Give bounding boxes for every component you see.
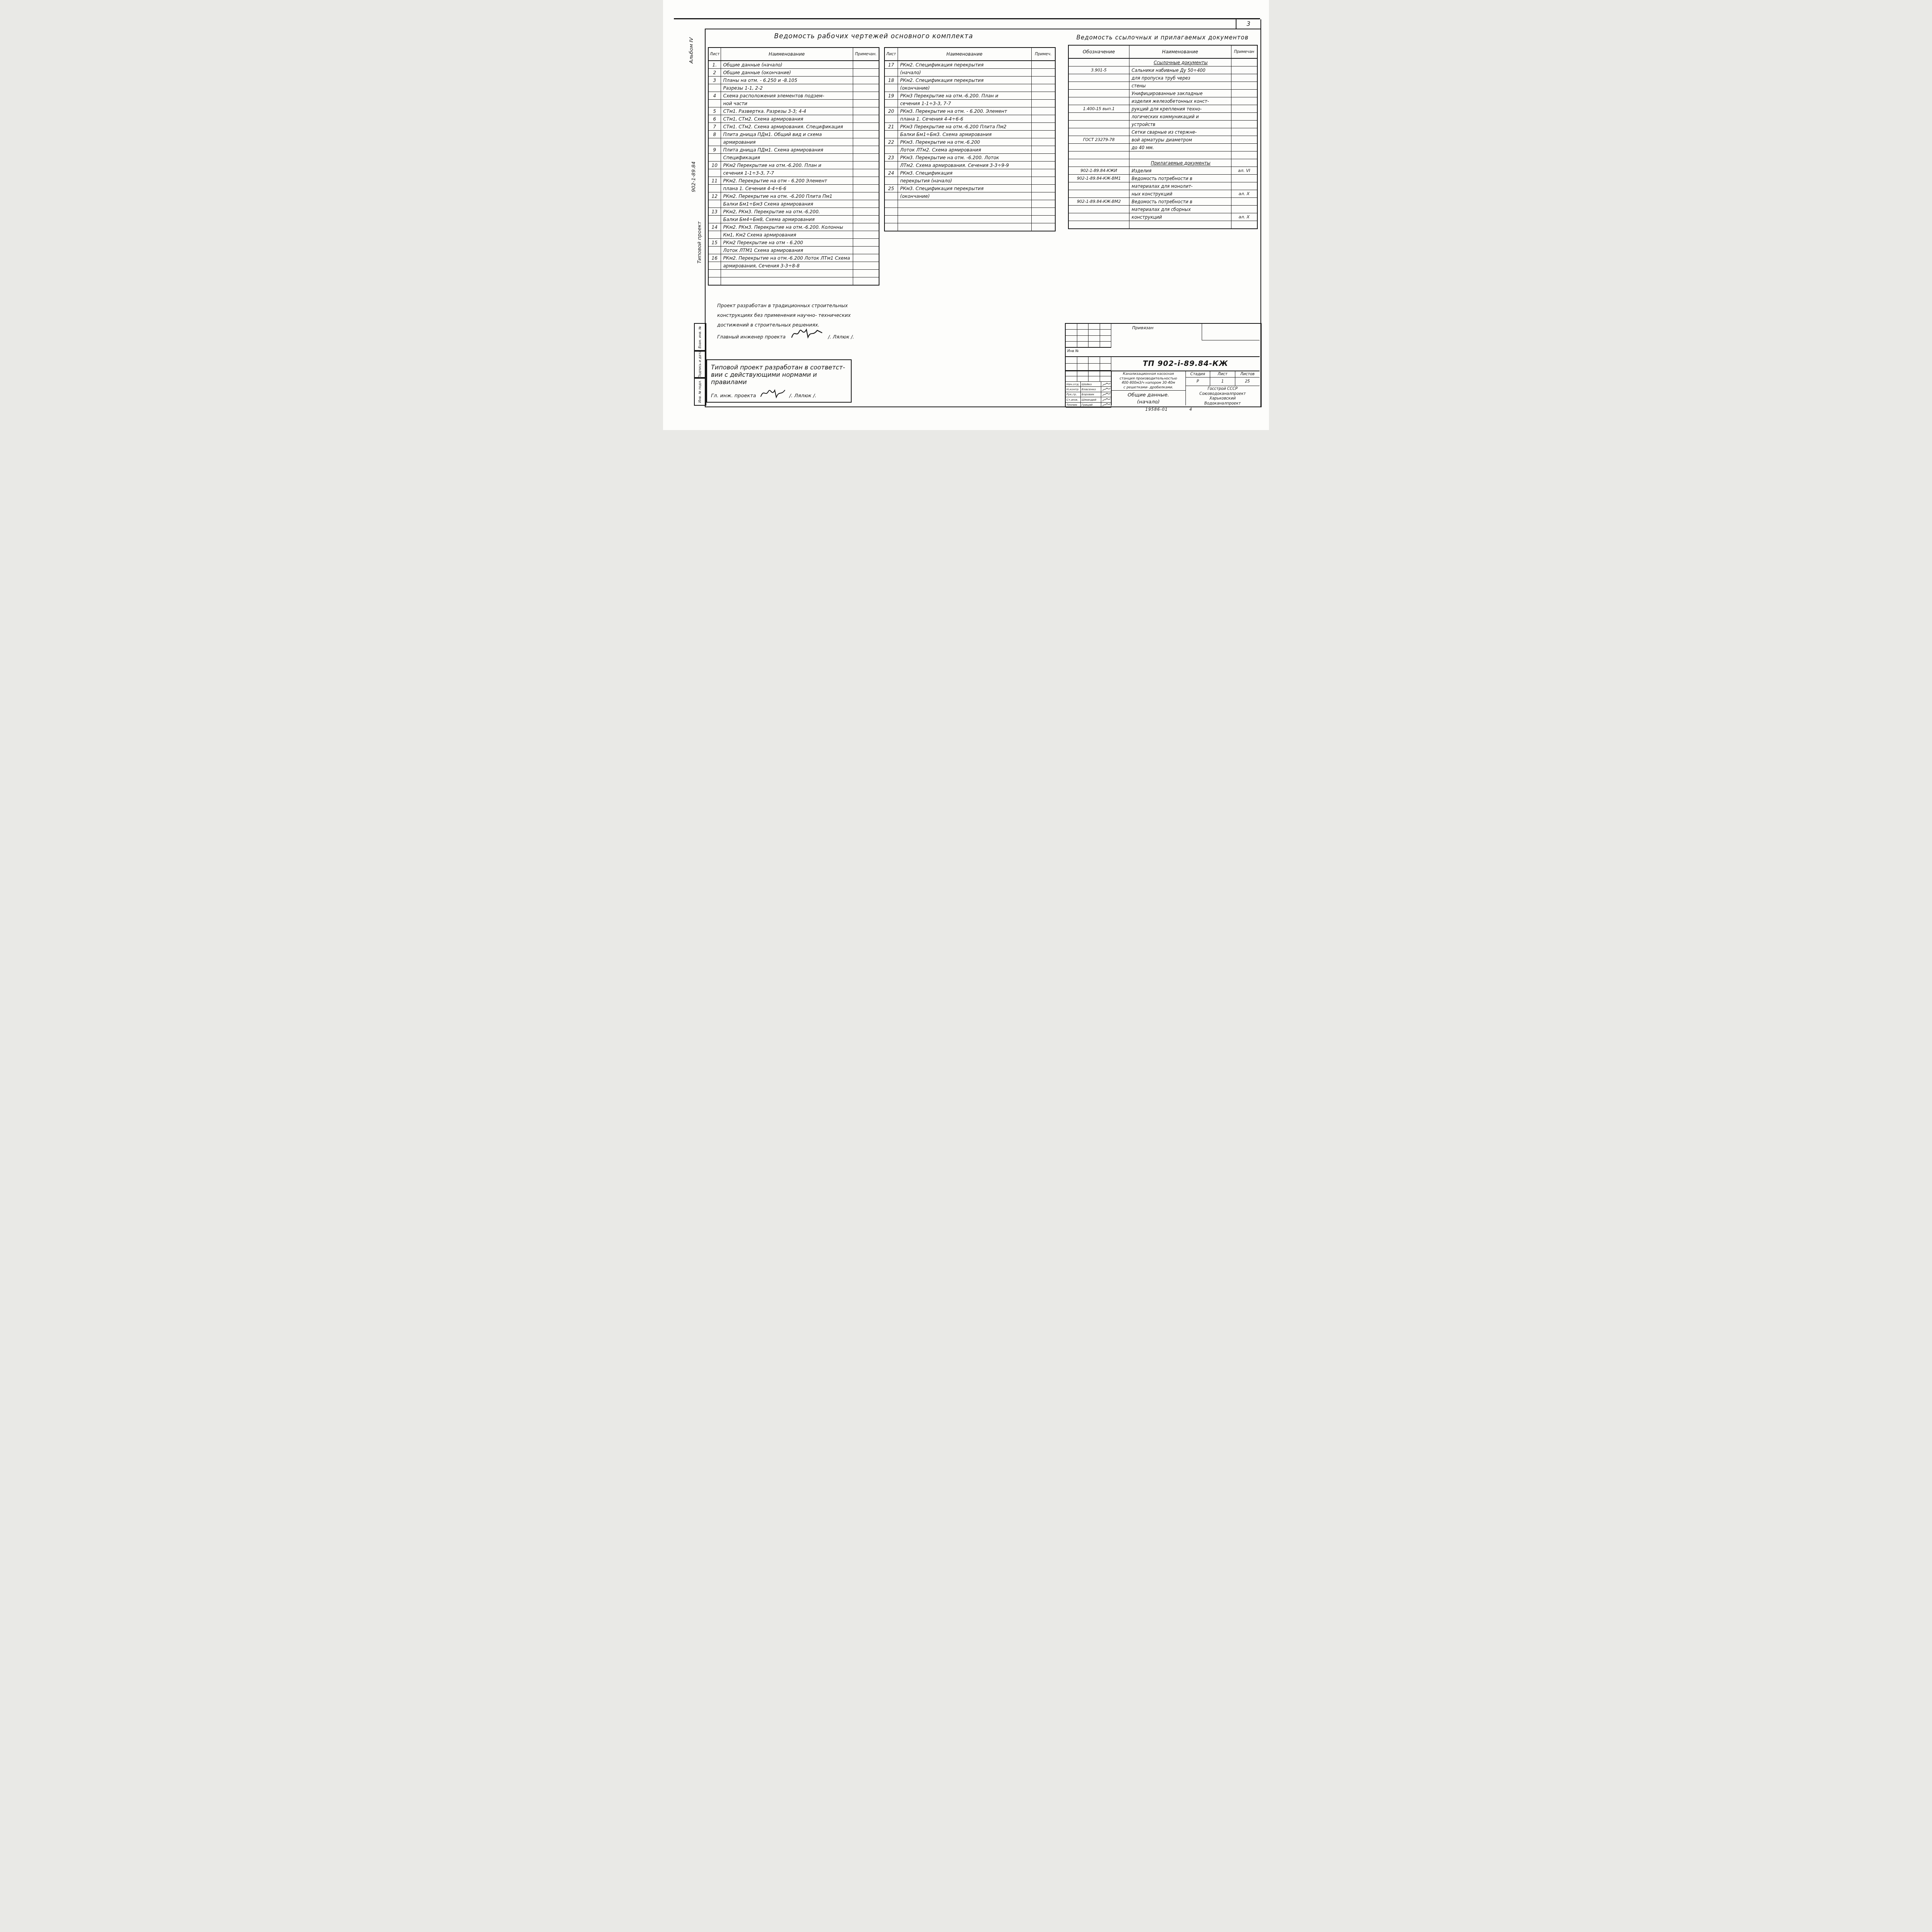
margin-project-type: Типовой проект	[697, 221, 702, 264]
cell-t: Сальники набивные Ду 50÷400	[1129, 66, 1231, 74]
cell-note	[853, 84, 879, 92]
table-row: 19РКм3 Перекрытие на отм.-6.200. План и	[884, 92, 1055, 100]
cell-num: 13	[708, 208, 721, 216]
stamp-extra: 4	[1189, 407, 1192, 412]
stamp-label: Взам. инв. №	[698, 326, 702, 349]
chief-engineer-line-2: Гл. инж. проекта /. Лялюк /.	[711, 387, 847, 399]
table-row: Балки Бм1÷Бм3 Схема армирования	[708, 200, 879, 208]
table-row: до 40 мм.	[1068, 144, 1257, 151]
cell-t: конструкций	[1129, 213, 1231, 221]
table-row: 20РКм3. Перекрытие на отм. - 6.200. Элем…	[884, 107, 1055, 115]
table-row: 11РКм2. Перекрытие на отм - 6.200 Элемен…	[708, 177, 879, 185]
cell-t	[1129, 221, 1231, 229]
table-row: 22РКм3. Перекрытие на отм.-6.200	[884, 138, 1055, 146]
table-row: устройств	[1068, 121, 1257, 128]
table-row: логических коммуникаций и	[1068, 113, 1257, 121]
inv-number-label: Инв №	[1067, 349, 1079, 353]
cell-note	[853, 154, 879, 162]
cell-text: РКм2. Спецификация перекрытия	[898, 61, 1031, 69]
table-row: 10РКм2 Перекрытие на отм.-6.200. План и	[708, 162, 879, 169]
signer-name: Шмандий	[1081, 397, 1101, 402]
signature-icon	[1101, 382, 1111, 386]
cell-n	[1231, 206, 1257, 213]
cell-note	[853, 123, 879, 131]
cell-n	[1231, 159, 1257, 167]
table-row: 15РКм2 Перекрытие на отм - 6.200	[708, 239, 879, 247]
cell-num	[884, 200, 898, 208]
cell-n	[1231, 151, 1257, 159]
top-border-line	[674, 18, 1260, 19]
table-row: 6СТм1, СТм2. Схема армирования	[708, 115, 879, 123]
cell-t: материалах для сборных	[1129, 206, 1231, 213]
cell-num: 14	[708, 223, 721, 231]
cell-note	[853, 131, 879, 138]
table-row: конструкцийал. X	[1068, 213, 1257, 221]
cell-n: ал. X	[1231, 190, 1257, 198]
table-row: 13РКм2, РКм3. Перекрытие на отм.-6.200.	[708, 208, 879, 216]
cell-text: сечения 1-1÷3-3, 7-7	[898, 100, 1031, 107]
cell-t: для пропуска труб через	[1129, 74, 1231, 82]
cell-note	[853, 216, 879, 223]
cell-num: 2	[708, 69, 721, 77]
cell-note	[1031, 162, 1055, 169]
cell-note	[853, 200, 879, 208]
table-row: Балки Бм1÷Бм3. Схема армирования	[884, 131, 1055, 138]
project-note-paragraph: Проект разработан в традиционных строите…	[717, 301, 883, 330]
table-row: 16РКм2. Перекрытие на отм.-6.200 Лоток Л…	[708, 254, 879, 262]
cell-n	[1231, 90, 1257, 97]
stamp-box-podpis-data: Подпись и дата	[694, 350, 706, 379]
note-line: Проект разработан в традиционных строите…	[717, 301, 883, 310]
cell-d: 1.400-15 вып.1	[1068, 105, 1129, 113]
cell-note	[1031, 69, 1055, 77]
cell-num	[708, 216, 721, 223]
cell-text	[898, 208, 1031, 216]
cell-text: (окончание)	[898, 84, 1031, 92]
cell-d	[1068, 97, 1129, 105]
table-row: сечения 1-1÷3-3, 7-7	[708, 169, 879, 177]
cell-d	[1068, 58, 1129, 66]
cell-n	[1231, 182, 1257, 190]
cell-d	[1068, 144, 1129, 151]
cell-note	[1031, 107, 1055, 115]
description-line: 400-800м3/ч напором 30-40м	[1113, 381, 1184, 386]
cell-num	[884, 100, 898, 107]
cell-text: Общие данные (начало)	[721, 61, 853, 69]
cell-text: РКм2, РКм3. Перекрытие на отм.-6.200.	[721, 208, 853, 216]
cell-text: РКм3 Перекрытие на отм.-6.200 Плита Пм2	[898, 123, 1031, 131]
table-row: Сетки сварные из стержне-	[1068, 128, 1257, 136]
cell-note	[1031, 123, 1055, 131]
cell-note	[1031, 77, 1055, 84]
signature-icon	[1101, 403, 1111, 407]
table-row	[708, 270, 879, 277]
cell-num	[708, 100, 721, 107]
cell-text: РКм3 Перекрытие на отм.-6.200. План и	[898, 92, 1031, 100]
signer-row: Н.контрВласенко	[1066, 387, 1111, 392]
cell-text: Разрезы 1-1, 2-2	[721, 84, 853, 92]
cell-t: вой арматуры диаметром	[1129, 136, 1231, 144]
working-drawings-table-2: Лист Наименование Примеч. 17РКм2. Специф…	[884, 47, 1056, 231]
cell-text: Лоток ЛТМ1 Схема армирования	[721, 247, 853, 254]
working-drawings-table-1: Лист Наименование Примечан. 1.Общие данн…	[708, 47, 879, 286]
cell-num: 18	[884, 77, 898, 84]
cell-note	[853, 262, 879, 270]
cell-d	[1068, 151, 1129, 159]
organization-line: Союзводоканалпроект	[1185, 392, 1260, 397]
organization-line: Госстрой СССР	[1185, 387, 1260, 392]
sheet-title-line: Общие данные.	[1113, 392, 1184, 399]
cell-text: РКм2. Перекрытие на отм.-6.200 Лоток ЛТм…	[721, 254, 853, 262]
cell-note	[1031, 115, 1055, 123]
cell-num	[708, 84, 721, 92]
cell-note	[853, 223, 879, 231]
signer-role: Н.контр	[1066, 387, 1081, 391]
cell-note	[853, 192, 879, 200]
signature-icon	[759, 387, 786, 399]
project-description: Канализационная насоснаястанция производ…	[1113, 372, 1184, 390]
cell-n	[1231, 175, 1257, 182]
table-row	[1068, 221, 1257, 229]
cell-note	[853, 239, 879, 247]
table-row: 902-1-89.84-КЖИИзделияал. VI	[1068, 167, 1257, 175]
ref-schedule-title: Ведомость ссылочных и прилагаемых докуме…	[1066, 34, 1259, 41]
cell-num	[708, 185, 721, 192]
page-number: 3	[1247, 20, 1250, 27]
table-row: ных конструкцийал. X	[1068, 190, 1257, 198]
cell-text: РКм3. Спецификация	[898, 169, 1031, 177]
cell-text: Лоток ЛТм2. Схема армирования	[898, 146, 1031, 154]
stage-value: 25	[1235, 378, 1260, 386]
cell-t: Унифицированные закладные	[1129, 90, 1231, 97]
table-row: 12РКм2. Перекрытие на отм. -6.200 Плита …	[708, 192, 879, 200]
cell-n	[1231, 136, 1257, 144]
cell-d	[1068, 113, 1129, 121]
signer-role: Нач.отд.	[1066, 382, 1081, 386]
cell-note	[853, 77, 879, 84]
cell-num: 1.	[708, 61, 721, 69]
cell-num	[884, 208, 898, 216]
cell-t: Ведомость потребности в	[1129, 198, 1231, 206]
cell-num	[884, 162, 898, 169]
table-row: плана 1. Сечения 4-4÷6-6	[708, 185, 879, 192]
divider	[1202, 340, 1260, 340]
table-row: 8Плита днища ПДм1. Общий вид и схема	[708, 131, 879, 138]
cell-text: РКм2 Перекрытие на отм - 6.200	[721, 239, 853, 247]
cell-note	[853, 115, 879, 123]
cell-t: ных конструкций	[1129, 190, 1231, 198]
col-header-sheet: Лист	[884, 48, 898, 61]
cell-t: логических коммуникаций и	[1129, 113, 1231, 121]
cell-t: Прилагаемые документы	[1129, 159, 1231, 167]
cell-d: 902-1-89.84-КЖ-ВМ1	[1068, 175, 1129, 182]
cell-t	[1129, 151, 1231, 159]
table-row: сечения 1-1÷3-3, 7-7	[884, 100, 1055, 107]
cell-num	[884, 192, 898, 200]
table-row: Унифицированные закладные	[1068, 90, 1257, 97]
cell-text: армирования	[721, 138, 853, 146]
cell-text: ЛТм2. Схема армирования. Сечения 3-3÷9-9	[898, 162, 1031, 169]
stage-value: Р	[1185, 378, 1210, 386]
table-row: Лоток ЛТМ1 Схема армирования	[708, 247, 879, 254]
cell-note	[1031, 131, 1055, 138]
cell-n	[1231, 66, 1257, 74]
cell-text	[898, 223, 1031, 231]
cell-n	[1231, 74, 1257, 82]
cell-d	[1068, 206, 1129, 213]
table-row	[884, 208, 1055, 216]
chief-engineer-name: /. Лялюк /.	[828, 334, 854, 340]
cell-num	[708, 247, 721, 254]
table-row: (начало)	[884, 69, 1055, 77]
table-row: 2Общие данные (окончание)	[708, 69, 879, 77]
cell-note	[1031, 208, 1055, 216]
cell-num: 3	[708, 77, 721, 84]
signer-row: Ст.инж.Шмандий	[1066, 397, 1111, 402]
description-line: Канализационная насосная	[1113, 372, 1184, 377]
cell-num	[884, 146, 898, 154]
cell-num: 5	[708, 107, 721, 115]
col-header-name: Наименование	[1129, 45, 1231, 58]
signer-role: Рук.гр.	[1066, 392, 1081, 397]
cell-num	[708, 270, 721, 277]
table-row	[708, 277, 879, 286]
table-row: 5СТм1. Развертка. Разрезы 3-3; 4-4	[708, 107, 879, 115]
cell-num: 16	[708, 254, 721, 262]
cell-text	[721, 277, 853, 286]
cell-text: РКм2. Перекрытие на отм. -6.200 Плита Пм…	[721, 192, 853, 200]
cell-note	[853, 231, 879, 239]
cell-d	[1068, 159, 1129, 167]
cell-note	[1031, 216, 1055, 223]
signature-icon	[1101, 392, 1111, 397]
cell-note	[1031, 192, 1055, 200]
cell-text: Балки Бм1÷Бм3. Схема армирования	[898, 131, 1031, 138]
cell-note	[853, 270, 879, 277]
cell-note	[1031, 154, 1055, 162]
table-row: 902-1-89.84-КЖ-ВМ2Ведомость потребности …	[1068, 198, 1257, 206]
cell-text: Плита днища ПДм1. Общий вид и схема	[721, 131, 853, 138]
cell-n	[1231, 221, 1257, 229]
table-row	[884, 200, 1055, 208]
cell-text: Схема расположения элементов подзем-	[721, 92, 853, 100]
table-row: 9Плита днища ПДм1. Схема армирования	[708, 146, 879, 154]
chief-engineer-name: /. Лялюк /.	[789, 393, 816, 399]
signer-role: Ст.инж.	[1066, 397, 1081, 402]
cell-note	[853, 162, 879, 169]
table-header-row: Лист Наименование Примеч.	[884, 48, 1055, 61]
table-row	[884, 223, 1055, 231]
note-line: конструкциях без применения научно- техн…	[717, 310, 883, 320]
margin-album-label: Альбом IV	[689, 37, 694, 64]
cell-note	[1031, 223, 1055, 231]
table-row: Разрезы 1-1, 2-2	[708, 84, 879, 92]
chief-engineer-label: Гл. инж. проекта	[711, 393, 756, 399]
signature-icon	[789, 327, 824, 340]
table-row: перекрытия (начало)	[884, 177, 1055, 185]
table-row: 4Схема расположения элементов подзем-	[708, 92, 879, 100]
cell-num: 9	[708, 146, 721, 154]
cell-text: армирования, Сечения 3-3÷8-8	[721, 262, 853, 270]
cell-text: РКм3. Перекрытие на отм.-6.200	[898, 138, 1031, 146]
col-header-name: Наименование	[721, 48, 853, 61]
cell-t: устройств	[1129, 121, 1231, 128]
signer-row: Рук.гр.Боровик	[1066, 392, 1111, 397]
stage-header: Лист	[1210, 371, 1235, 377]
sheet-title-line: (начало)	[1113, 399, 1184, 406]
cell-note	[1031, 169, 1055, 177]
cell-n	[1231, 82, 1257, 90]
cell-t: Ссылочные документы	[1129, 58, 1231, 66]
cell-d: ГОСТ 23279-78	[1068, 136, 1129, 144]
stage-values-row: Р125	[1185, 378, 1260, 386]
cell-text: плана 1. Сечения 4-4÷6-6	[721, 185, 853, 192]
reference-documents-table: Обозначение Наименование Примечан Ссылоч…	[1068, 45, 1258, 229]
stage-header-row: СтадияЛистЛистов	[1185, 371, 1260, 377]
signer-name: Власенко	[1081, 387, 1101, 391]
cell-note	[1031, 92, 1055, 100]
cell-d	[1068, 121, 1129, 128]
cell-d: 3.901-5	[1068, 66, 1129, 74]
signature-icon	[1101, 397, 1111, 402]
cell-text: СТм1, СТм2. Схема армирования	[721, 115, 853, 123]
table-row: 7СТм1. СТм2. Схема армирования. Специфик…	[708, 123, 879, 131]
cell-num: 25	[884, 185, 898, 192]
signature-table: Нач.отд.ШейкоН.контрВласенкоРук.гр.Боров…	[1066, 382, 1111, 408]
table-row: Лоток ЛТм2. Схема армирования	[884, 146, 1055, 154]
cell-num: 11	[708, 177, 721, 185]
cell-text: Планы на отм. - 6.250 и -8.105	[721, 77, 853, 84]
cell-d	[1068, 82, 1129, 90]
cell-note	[853, 277, 879, 286]
cell-n	[1231, 97, 1257, 105]
cell-note	[1031, 200, 1055, 208]
divider	[1185, 386, 1260, 386]
cell-num: 24	[884, 169, 898, 177]
cell-note	[853, 138, 879, 146]
cell-text: РКм3. Перекрытие на отм. -6.200. Лоток	[898, 154, 1031, 162]
margin-doc-code: 902-1-89.84	[691, 162, 697, 192]
table-row: 23РКм3. Перекрытие на отм. -6.200. Лоток	[884, 154, 1055, 162]
signer-role: Техник	[1066, 403, 1081, 407]
table-row: 18РКм2. Спецификация перекрытия	[884, 77, 1055, 84]
cell-note	[1031, 100, 1055, 107]
chief-engineer-label: Главный инженер проекта	[717, 334, 786, 340]
cell-num: 6	[708, 115, 721, 123]
cell-num	[884, 223, 898, 231]
cell-num: 19	[884, 92, 898, 100]
table-row: для пропуска труб через	[1068, 74, 1257, 82]
cell-note	[853, 169, 879, 177]
main-schedule-title: Ведомость рабочих чертежей основного ком…	[721, 32, 1026, 40]
cell-d	[1068, 213, 1129, 221]
stamp-box-inv-podl: Инв. № подл.	[694, 377, 706, 406]
col-header-designation: Обозначение	[1068, 45, 1129, 58]
cell-text: Общие данные (окончание)	[721, 69, 853, 77]
signer-row: ТехникГрицай	[1066, 403, 1111, 408]
table-row: 3.901-5Сальники набивные Ду 50÷400	[1068, 66, 1257, 74]
divider	[1111, 371, 1112, 405]
cell-num: 20	[884, 107, 898, 115]
description-line: с решетками- дробилками.	[1113, 386, 1184, 390]
cell-n	[1231, 113, 1257, 121]
cell-text: (окончание)	[898, 192, 1031, 200]
cell-text: РКм2. РКм3. Перекрытие на отм.-6.200. Ко…	[721, 223, 853, 231]
signer-name: Боровик	[1081, 392, 1101, 397]
cell-text: Балки Бм4÷Бм8, Схема армирования	[721, 216, 853, 223]
cell-t: рукций для крепления техно-	[1129, 105, 1231, 113]
col-header-note: Примечан	[1231, 45, 1257, 58]
revision-grid-top	[1066, 324, 1111, 347]
cell-n: ал. VI	[1231, 167, 1257, 175]
cell-t: изделия железобетонных конст-	[1129, 97, 1231, 105]
drawing-sheet: 3 Альбом IV 902-1-89.84 Типовой проект В…	[663, 0, 1269, 430]
table-row: Прилагаемые документы	[1068, 159, 1257, 167]
table-row	[1068, 151, 1257, 159]
cell-note	[1031, 61, 1055, 69]
cell-num	[708, 231, 721, 239]
table-row: ной части	[708, 100, 879, 107]
cell-text	[898, 200, 1031, 208]
col-header-note: Примечан.	[853, 48, 879, 61]
divider	[1202, 324, 1202, 340]
table-row: 1.Общие данные (начало)	[708, 61, 879, 69]
cell-note	[1031, 185, 1055, 192]
col-header-name: Наименование	[898, 48, 1031, 61]
cell-num: 15	[708, 239, 721, 247]
table-row: (окончание)	[884, 84, 1055, 92]
cell-text: РКм3. Спецификация перекрытия	[898, 185, 1031, 192]
cell-num	[884, 131, 898, 138]
cell-num	[708, 169, 721, 177]
document-number: ТП 902-i-89.84-КЖ	[1111, 357, 1260, 371]
table-row: 3Планы на отм. - 6.250 и -8.105	[708, 77, 879, 84]
cell-num	[708, 200, 721, 208]
cell-t: Изделия	[1129, 167, 1231, 175]
cell-num	[708, 138, 721, 146]
col-header-note: Примеч.	[1031, 48, 1055, 61]
cell-t: материалах для монолит-	[1129, 182, 1231, 190]
cell-d	[1068, 74, 1129, 82]
cell-text: перекрытия (начало)	[898, 177, 1031, 185]
divider	[1066, 347, 1111, 348]
cell-t: Ведомость потребности в	[1129, 175, 1231, 182]
table-row: Балки Бм4÷Бм8, Схема армирования	[708, 216, 879, 223]
signature-icon	[1101, 387, 1111, 391]
cell-n	[1231, 121, 1257, 128]
cell-note	[853, 69, 879, 77]
standard-note-box: Типовой проект разработан в соответст-ви…	[706, 359, 852, 403]
table-row: 17РКм2. Спецификация перекрытия	[884, 61, 1055, 69]
cell-note	[853, 92, 879, 100]
cell-n	[1231, 58, 1257, 66]
table-row: плана 1. Сечения 4-4÷6-6	[884, 115, 1055, 123]
cell-text: РКм2. Спецификация перекрытия	[898, 77, 1031, 84]
table-row: (окончание)	[884, 192, 1055, 200]
cell-num: 23	[884, 154, 898, 162]
cell-num	[884, 84, 898, 92]
cell-n: ал. X	[1231, 213, 1257, 221]
cell-text: РКм2. Перекрытие на отм - 6.200 Элемент	[721, 177, 853, 185]
cell-note	[853, 100, 879, 107]
sheet-title: Общие данные.(начало)	[1113, 392, 1184, 406]
cell-note	[1031, 177, 1055, 185]
cell-d	[1068, 221, 1129, 229]
cell-text: Балки Бм1÷Бм3 Схема армирования	[721, 200, 853, 208]
cell-note	[853, 247, 879, 254]
cell-num: 22	[884, 138, 898, 146]
divider	[1111, 390, 1185, 391]
